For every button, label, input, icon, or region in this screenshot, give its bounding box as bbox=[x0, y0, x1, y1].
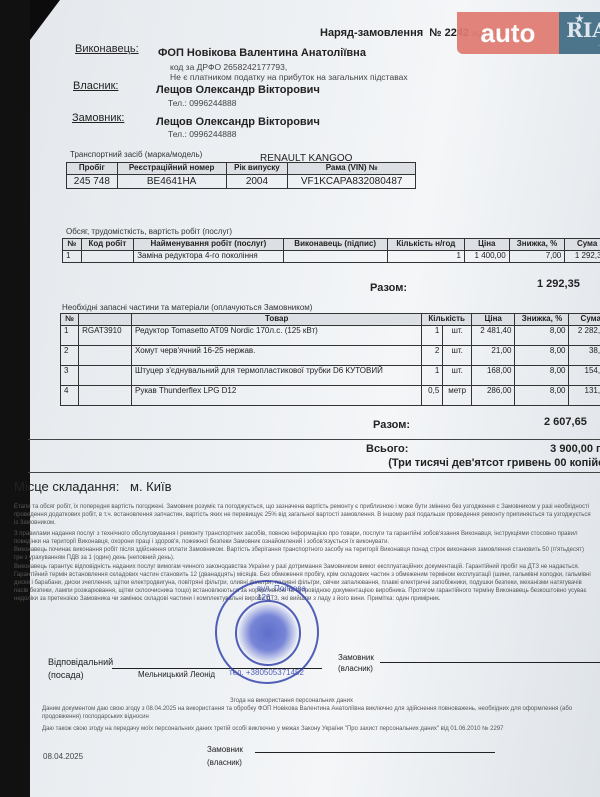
works-cell: 1 292,35 bbox=[565, 250, 600, 262]
parts-cell: 0,5 bbox=[422, 385, 443, 405]
parts-cell: 168,00 bbox=[472, 365, 515, 385]
consent-title: Згода на використання персональних даних bbox=[230, 697, 353, 705]
vehicle-value-cell: 2004 bbox=[226, 174, 288, 188]
customer-phone: Тел.: 0996244888 bbox=[168, 129, 236, 139]
consent-text-1: Даним документом даю свою згоду з 08.04.… bbox=[42, 705, 600, 721]
parts-cell: 8,00 bbox=[515, 385, 569, 405]
works-header-cell: Виконавець (підпис) bbox=[283, 239, 387, 251]
grand-total-in-words: (Три тисячі дев'ятсот гривень 00 копійок… bbox=[388, 457, 600, 469]
vehicle-value-cell: BE4641HA bbox=[117, 174, 226, 188]
vehicle-table: ПробігРеєстраційний номерРік випускуРама… bbox=[66, 162, 416, 189]
grand-total-box: Всього: 3 900,00 грн (Три тисячі дев'ятс… bbox=[28, 439, 600, 473]
legal-paragraph-1: Етапи та обсяг робіт, їх попередня варті… bbox=[14, 503, 594, 527]
parts-header-cell: Ціна bbox=[472, 314, 515, 326]
vehicle-header-cell: Рік випуску bbox=[226, 163, 288, 175]
works-cell: 7,00 bbox=[509, 250, 565, 262]
parts-cell: 3 bbox=[61, 365, 79, 385]
parts-cell: шт. bbox=[443, 345, 472, 365]
works-header-cell: Код робіт bbox=[81, 239, 134, 251]
responsible-name: Мельницький Леонід bbox=[138, 670, 215, 679]
consent-customer-label: Замовник bbox=[207, 745, 243, 754]
company-stamp: вул. Польова, 126 тел. +380505371452 bbox=[215, 580, 319, 684]
works-cell bbox=[283, 250, 387, 262]
parts-cell: 131,56 bbox=[569, 385, 600, 405]
parts-cell: 1 bbox=[61, 325, 79, 345]
parts-cell: Редуктор Tomasetto AT09 Nordic 170л.с. (… bbox=[132, 325, 422, 345]
works-cell bbox=[81, 250, 134, 262]
star-icon: ★ bbox=[575, 14, 584, 25]
customer-label: Замовник: bbox=[72, 112, 124, 124]
signature-customer-sub: (власник) bbox=[338, 664, 373, 673]
parts-header-cell bbox=[79, 314, 132, 326]
works-table: №Код робітНайменування робіт (послуг)Вик… bbox=[62, 238, 600, 263]
parts-cell: 1 bbox=[422, 325, 443, 345]
watermark-ria-block: ★ RIA .com bbox=[559, 12, 600, 54]
place-label: Місце складання: bbox=[14, 479, 119, 494]
work-order-document: Наряд-замовлення № 2242 від 08.04.2025 В… bbox=[30, 0, 600, 797]
owner-label: Власник: bbox=[73, 80, 118, 92]
consent-signature-line bbox=[255, 752, 495, 753]
vehicle-header-cell: Реєстраційний номер bbox=[117, 163, 226, 175]
works-total-value: 1 292,35 bbox=[537, 278, 580, 290]
vehicle-section-label: Транспортний засіб (марка/модель) bbox=[70, 150, 202, 159]
works-cell: Заміна редуктора 4-го покоління bbox=[134, 250, 283, 262]
parts-cell: 8,00 bbox=[515, 345, 569, 365]
parts-cell: 1 bbox=[422, 365, 443, 385]
legal-paragraph-2: З правилами надання послуг з технічного … bbox=[14, 530, 594, 546]
parts-cell: метр bbox=[443, 385, 472, 405]
parts-table: №ТоварКількістьЦінаЗнижка, %Сума 1RGAT39… bbox=[60, 313, 600, 406]
parts-cell: 8,00 bbox=[515, 325, 569, 345]
parts-cell: 8,00 bbox=[515, 365, 569, 385]
works-total-label: Разом: bbox=[370, 282, 407, 294]
grand-total-value: 3 900,00 грн bbox=[550, 443, 600, 455]
parts-cell: 286,00 bbox=[472, 385, 515, 405]
works-header-cell: Кількість н/год bbox=[387, 239, 464, 251]
works-header-cell: Найменування робіт (послуг) bbox=[134, 239, 283, 251]
parts-cell: 21,00 bbox=[472, 345, 515, 365]
parts-cell: 2 481,40 bbox=[472, 325, 515, 345]
works-header-cell: Знижка, % bbox=[509, 239, 565, 251]
parts-cell: Штуцер з'єднувальний для термопластиково… bbox=[132, 365, 422, 385]
parts-header-cell: № bbox=[61, 314, 79, 326]
autoria-watermark: auto ★ RIA .com bbox=[457, 12, 600, 54]
parts-cell: шт. bbox=[443, 325, 472, 345]
parts-cell: 4 bbox=[61, 385, 79, 405]
place-value: м. Київ bbox=[130, 479, 172, 494]
consent-date: 08.04.2025 bbox=[43, 752, 83, 761]
works-header-cell: Сума bbox=[565, 239, 600, 251]
stamp-phone: тел. +380505371452 bbox=[229, 668, 304, 677]
consent-customer-sub: (власник) bbox=[207, 758, 242, 767]
customer-name: Лещов Олександр Вікторович bbox=[156, 116, 320, 128]
executor-label: Виконавець: bbox=[75, 43, 139, 55]
parts-cell: 2 bbox=[422, 345, 443, 365]
executor-tax-status: Не є платником податку на прибуток на за… bbox=[170, 72, 408, 82]
works-header-cell: № bbox=[63, 239, 82, 251]
parts-cell: 154,56 bbox=[569, 365, 600, 385]
works-cell: 1 bbox=[63, 250, 82, 262]
works-header-cell: Ціна bbox=[464, 239, 509, 251]
parts-row: 2Хомут черв'ячний 16-25 нержав.2шт.21,00… bbox=[61, 345, 600, 365]
responsible-label: Відповідальний bbox=[48, 657, 113, 667]
responsible-sub: (посада) bbox=[48, 670, 84, 680]
executor-code: код за ДРФО 2658242177793, bbox=[170, 62, 287, 72]
stamp-emblem bbox=[235, 600, 301, 666]
parts-row: 3Штуцер з'єднувальний для термопластиков… bbox=[61, 365, 600, 385]
parts-cell bbox=[79, 365, 132, 385]
parts-header-cell: Знижка, % bbox=[515, 314, 569, 326]
grand-total-label: Всього: bbox=[366, 443, 408, 455]
parts-cell bbox=[79, 345, 132, 365]
parts-cell: 38,64 bbox=[569, 345, 600, 365]
parts-cell: Рукав Thunderflex LPG D12 bbox=[132, 385, 422, 405]
parts-cell: Хомут черв'ячний 16-25 нержав. bbox=[132, 345, 422, 365]
vehicle-value-cell: VF1KCAPA832080487 bbox=[288, 174, 416, 188]
parts-header-cell: Кількість bbox=[422, 314, 472, 326]
parts-cell: 2 bbox=[61, 345, 79, 365]
vehicle-header-cell: Пробіг bbox=[67, 163, 118, 175]
parts-row: 4Рукав Thunderflex LPG D120,5метр286,008… bbox=[61, 385, 600, 405]
parts-cell: шт. bbox=[443, 365, 472, 385]
watermark-auto-text: auto bbox=[457, 12, 559, 54]
consent-text-2: Даю також свою згоду на передачу моїх пе… bbox=[42, 725, 600, 733]
works-row: 1Заміна редуктора 4-го покоління11 400,0… bbox=[63, 250, 600, 262]
executor-name: ФОП Новікова Валентина Анатоліївна bbox=[158, 47, 366, 59]
legal-paragraph-3: Виконавець починає виконання робіт після… bbox=[14, 546, 594, 562]
vehicle-value-cell: 245 748 bbox=[67, 174, 118, 188]
works-section-label: Обсяг, трудомісткість, вартість робіт (п… bbox=[66, 227, 232, 236]
parts-total-label: Разом: bbox=[373, 419, 410, 431]
parts-header-cell: Товар bbox=[132, 314, 422, 326]
parts-cell: RGAT3910 bbox=[79, 325, 132, 345]
owner-phone: Тел.: 0996244888 bbox=[168, 98, 236, 108]
parts-total-value: 2 607,65 bbox=[544, 416, 587, 428]
works-cell: 1 bbox=[387, 250, 464, 262]
parts-cell: 2 282,89 bbox=[569, 325, 600, 345]
customer-signature-line bbox=[380, 662, 600, 663]
signature-customer-label: Замовник bbox=[338, 653, 374, 662]
parts-section-label: Необхідні запасні частини та матеріали (… bbox=[62, 303, 312, 312]
parts-cell bbox=[79, 385, 132, 405]
parts-header-cell: Сума bbox=[569, 314, 600, 326]
stamp-address: вул. Польова, 126 bbox=[257, 584, 317, 602]
owner-name: Лещов Олександр Вікторович bbox=[156, 84, 320, 96]
parts-row: 1RGAT3910Редуктор Tomasetto AT09 Nordic … bbox=[61, 325, 600, 345]
works-cell: 1 400,00 bbox=[464, 250, 509, 262]
vehicle-header-cell: Рама (VIN) № bbox=[288, 163, 416, 175]
